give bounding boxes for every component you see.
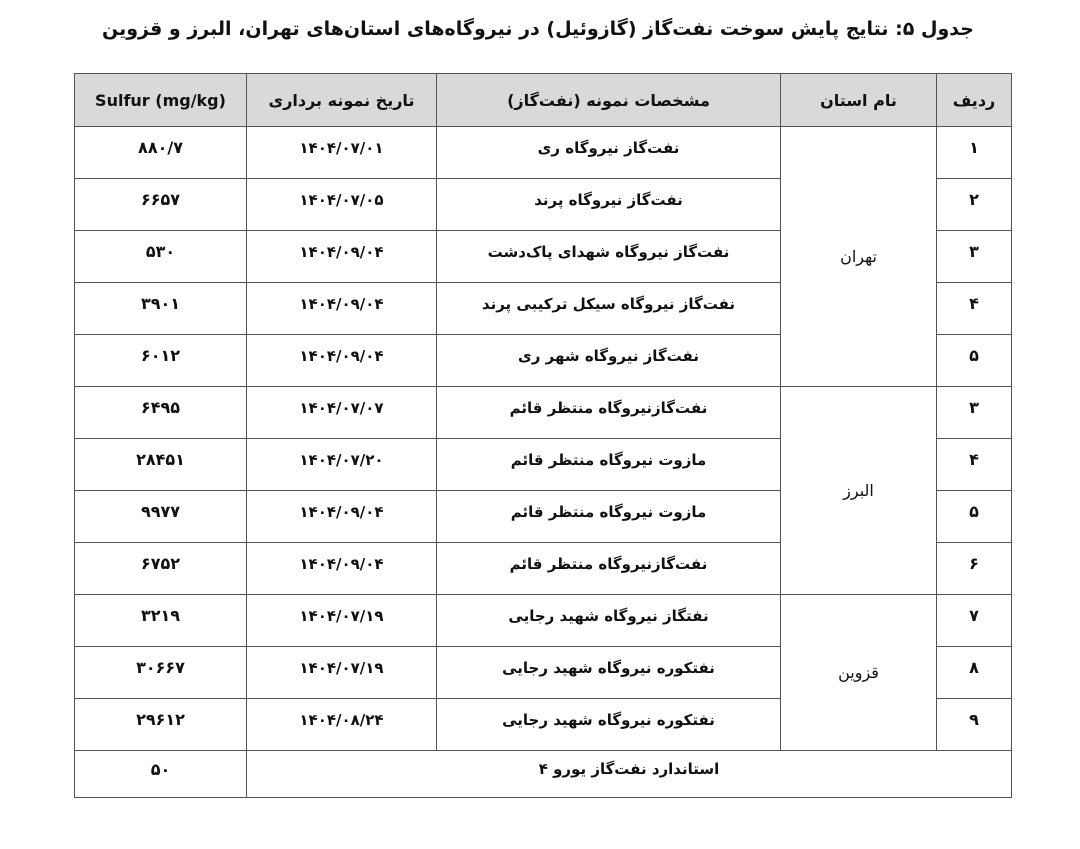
row-number: ۲ <box>937 179 1012 231</box>
sulfur-value: ۲۹۶۱۲ <box>75 699 247 751</box>
table-header: ردیف نام استان مشخصات نمونه (نفت‌گاز) تا… <box>75 74 1012 127</box>
sample-spec: مازوت نیروگاه منتظر قائم <box>437 439 781 491</box>
document-page: جدول ۵: نتایج پایش سوخت نفت‌گاز (گازوئیل… <box>0 0 1080 849</box>
standard-row: استاندارد نفت‌گاز یورو ۴ ۵۰ <box>75 751 1012 798</box>
table-caption-text: جدول ۵: نتایج پایش سوخت نفت‌گاز (گازوئیل… <box>102 18 974 40</box>
sample-spec: نفت‌گاز نیروگاه شهر ری <box>437 335 781 387</box>
sulfur-value: ۶۷۵۲ <box>75 543 247 595</box>
sampling-date: ۱۴۰۴/۰۹/۰۴ <box>247 231 437 283</box>
sulfur-results-table: ردیف نام استان مشخصات نمونه (نفت‌گاز) تا… <box>74 73 1012 798</box>
sulfur-value: ۳۹۰۱ <box>75 283 247 335</box>
sampling-date: ۱۴۰۴/۰۹/۰۴ <box>247 335 437 387</box>
province-cell: تهران <box>781 127 937 387</box>
sulfur-value: ۹۹۷۷ <box>75 491 247 543</box>
header-row-no: ردیف <box>937 74 1012 127</box>
sample-spec: نفت‌گاز نیروگاه سیکل ترکیبی پرند <box>437 283 781 335</box>
sampling-date: ۱۴۰۴/۰۷/۰۱ <box>247 127 437 179</box>
sample-spec: نفت‌گازنیروگاه منتظر قائم <box>437 387 781 439</box>
row-number: ۶ <box>937 543 1012 595</box>
sampling-date: ۱۴۰۴/۰۷/۱۹ <box>247 647 437 699</box>
sampling-date: ۱۴۰۴/۰۹/۰۴ <box>247 491 437 543</box>
sample-spec: نفت‌گاز نیروگاه ری <box>437 127 781 179</box>
header-sample-spec: مشخصات نمونه (نفت‌گاز) <box>437 74 781 127</box>
sulfur-value: ۶۴۹۵ <box>75 387 247 439</box>
sampling-date: ۱۴۰۴/۰۷/۱۹ <box>247 595 437 647</box>
sulfur-value: ۸۸۰/۷ <box>75 127 247 179</box>
row-number: ۸ <box>937 647 1012 699</box>
standard-sulfur-value: ۵۰ <box>75 751 247 798</box>
sampling-date: ۱۴۰۴/۰۷/۲۰ <box>247 439 437 491</box>
header-row: ردیف نام استان مشخصات نمونه (نفت‌گاز) تا… <box>75 74 1012 127</box>
sampling-date: ۱۴۰۴/۰۷/۰۷ <box>247 387 437 439</box>
table-row: ۷ قزوین نفتگاز نیروگاه شهید رجایی ۱۴۰۴/۰… <box>75 595 1012 647</box>
sulfur-value: ۳۲۱۹ <box>75 595 247 647</box>
sample-spec: مازوت نیروگاه منتظر قائم <box>437 491 781 543</box>
sample-spec: نفتکوره نیروگاه شهید رجایی <box>437 647 781 699</box>
row-number: ۳ <box>937 387 1012 439</box>
sample-spec: نفتگاز نیروگاه شهید رجایی <box>437 595 781 647</box>
sulfur-value: ۶۰۱۲ <box>75 335 247 387</box>
row-number: ۹ <box>937 699 1012 751</box>
sulfur-value: ۳۰۶۶۷ <box>75 647 247 699</box>
row-number: ۴ <box>937 283 1012 335</box>
header-sulfur: Sulfur (mg/kg) <box>75 74 247 127</box>
sample-spec: نفت‌گاز نیروگاه پرند <box>437 179 781 231</box>
sampling-date: ۱۴۰۴/۰۹/۰۴ <box>247 283 437 335</box>
sulfur-value: ۵۳۰ <box>75 231 247 283</box>
row-number: ۵ <box>937 335 1012 387</box>
row-number: ۷ <box>937 595 1012 647</box>
table-caption: جدول ۵: نتایج پایش سوخت نفت‌گاز (گازوئیل… <box>0 18 1080 40</box>
province-cell: قزوین <box>781 595 937 751</box>
sample-spec: نفت‌گاز نیروگاه شهدای پاک‌دشت <box>437 231 781 283</box>
row-number: ۳ <box>937 231 1012 283</box>
table-row: ۳ البرز نفت‌گازنیروگاه منتظر قائم ۱۴۰۴/۰… <box>75 387 1012 439</box>
sampling-date: ۱۴۰۴/۰۸/۲۴ <box>247 699 437 751</box>
standard-label: استاندارد نفت‌گاز یورو ۴ <box>247 751 1012 798</box>
sample-spec: نفتکوره نیروگاه شهید رجایی <box>437 699 781 751</box>
sampling-date: ۱۴۰۴/۰۷/۰۵ <box>247 179 437 231</box>
header-province: نام استان <box>781 74 937 127</box>
sulfur-value: ۶۶۵۷ <box>75 179 247 231</box>
table-row: ۱ تهران نفت‌گاز نیروگاه ری ۱۴۰۴/۰۷/۰۱ ۸۸… <box>75 127 1012 179</box>
table-body: ۱ تهران نفت‌گاز نیروگاه ری ۱۴۰۴/۰۷/۰۱ ۸۸… <box>75 127 1012 798</box>
province-cell: البرز <box>781 387 937 595</box>
sampling-date: ۱۴۰۴/۰۹/۰۴ <box>247 543 437 595</box>
row-number: ۵ <box>937 491 1012 543</box>
sulfur-value: ۲۸۴۵۱ <box>75 439 247 491</box>
row-number: ۴ <box>937 439 1012 491</box>
sample-spec: نفت‌گازنیروگاه منتظر قائم <box>437 543 781 595</box>
header-sampling-date: تاریخ نمونه برداری <box>247 74 437 127</box>
row-number: ۱ <box>937 127 1012 179</box>
